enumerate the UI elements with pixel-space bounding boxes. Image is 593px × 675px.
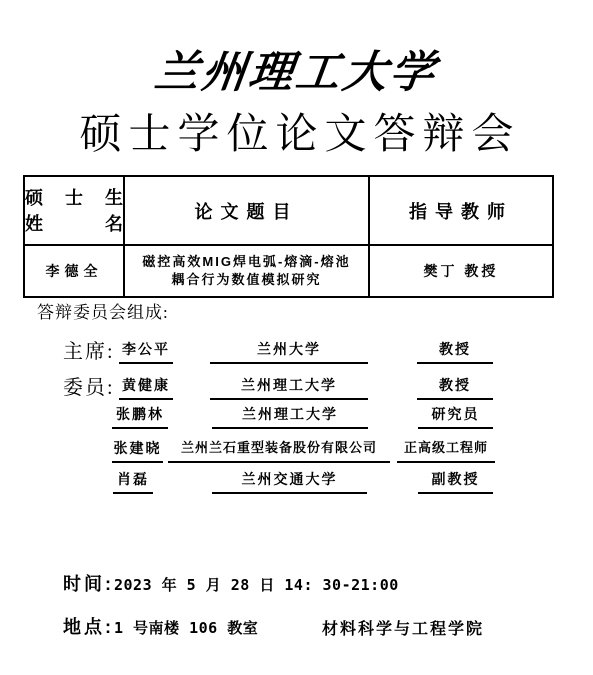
thesis-title-value: 磁控高效MIG焊电弧-熔滴-熔池耦合行为数值模拟研究: [124, 245, 369, 297]
committee-section-heading: 答辩委员会组成:: [37, 298, 169, 323]
committee-member-title: 教授: [417, 336, 493, 364]
committee-row-member: 张鹏林 兰州理工大学 研究员: [0, 399, 593, 429]
student-header-line1: 硕士生: [25, 185, 123, 211]
committee-member-name: 黄健康: [119, 372, 173, 400]
info-table-data-row: 李德全 磁控高效MIG焊电弧-熔滴-熔池耦合行为数值模拟研究 樊丁 教授: [24, 245, 553, 297]
time-label: 时间:: [63, 574, 114, 594]
info-table-header-row: 硕士生 姓名 论文题目 指导教师: [24, 176, 553, 245]
committee-row-member: 张建晓 兰州兰石重型装备股份有限公司 正高级工程师: [0, 433, 593, 463]
committee-member-title: 教授: [417, 372, 493, 400]
defense-info-table: 硕士生 姓名 论文题目 指导教师 李德全 磁控高效MIG焊电弧-熔滴-熔池耦合行…: [23, 175, 554, 298]
organizer-college-name: 材料科学与工程学院: [322, 616, 484, 639]
committee-member-title: 研究员: [418, 401, 493, 429]
committee-member-affiliation: 兰州交通大学: [212, 466, 367, 494]
student-name-value: 李德全: [24, 245, 124, 297]
committee-member-name: 张鹏林: [112, 401, 168, 429]
university-calligraphy-logo: 兰州理工大学: [0, 36, 593, 100]
advisor-name-value: 樊丁 教授: [369, 245, 553, 297]
committee-member-title: 正高级工程师: [397, 435, 495, 463]
defense-time-line: 时间:2023 年 5 月 28 日 14: 30-21:00: [63, 570, 399, 596]
committee-row-chair: 主席: 李公平 兰州大学 教授: [0, 334, 593, 364]
document-title: 硕士学位论文答辩会: [0, 101, 593, 161]
committee-member-affiliation: 兰州大学: [210, 336, 368, 364]
location-label: 地点:: [63, 617, 114, 637]
defense-announcement-document: 兰州理工大学 硕士学位论文答辩会 硕士生 姓名 论文题目 指导教师 李德全 磁控…: [0, 0, 593, 675]
student-name-header-cell: 硕士生 姓名: [24, 176, 124, 245]
committee-member-affiliation: 兰州兰石重型装备股份有限公司: [168, 435, 390, 463]
student-header-line2: 姓名: [25, 211, 123, 237]
advisor-header-cell: 指导教师: [369, 176, 553, 245]
defense-location-line: 地点:1 号南楼 106 教室: [63, 613, 258, 639]
committee-member-name: 李公平: [119, 336, 173, 364]
committee-row-member: 委员: 黄健康 兰州理工大学 教授: [0, 370, 593, 400]
committee-member-title: 副教授: [418, 466, 493, 494]
member-role-label: 委员:: [63, 371, 115, 400]
location-value: 1 号南楼 106 教室: [114, 619, 258, 637]
committee-member-affiliation: 兰州理工大学: [212, 401, 368, 429]
time-value: 2023 年 5 月 28 日 14: 30-21:00: [114, 576, 399, 594]
chair-role-label: 主席:: [63, 335, 115, 364]
thesis-title-header-cell: 论文题目: [124, 176, 369, 245]
committee-member-name: 肖磊: [113, 466, 153, 494]
committee-row-member: 肖磊 兰州交通大学 副教授: [0, 464, 593, 494]
committee-member-name: 张建晓: [112, 435, 163, 463]
committee-member-affiliation: 兰州理工大学: [210, 372, 368, 400]
